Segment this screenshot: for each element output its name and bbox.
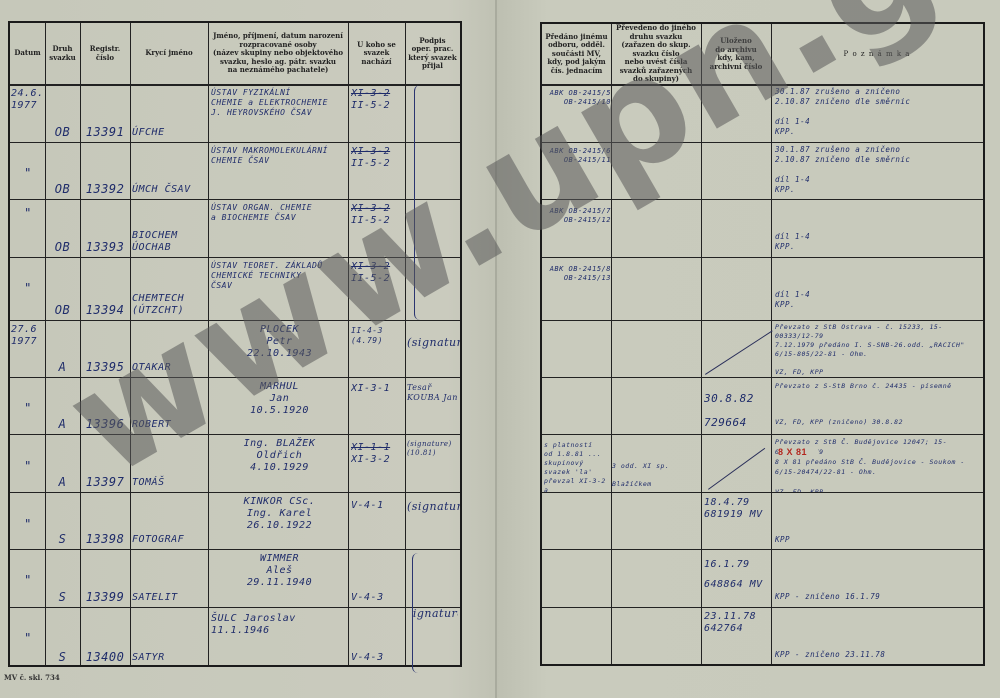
row-druh: A (45, 435, 80, 492)
u-koho-struck: XI-3-2 (351, 203, 390, 214)
row-podpis: Tesař KOUBA Jan (407, 380, 460, 434)
row-osoba: ÚSTAV MAKROMOLEKULÁRNÍ CHEMIE ČSAV (211, 143, 348, 199)
row-kryci-jmeno: ÚMCH ČSAV (132, 143, 208, 199)
row-datum: " (11, 281, 45, 301)
row-u-koho: XI-3-2II-5-2 (351, 143, 405, 199)
row-u-koho: V-4-3 (351, 550, 405, 607)
row-kryci-jmeno: TOMÁŠ (132, 435, 208, 492)
received-stamp: 8 X 81 (778, 447, 818, 459)
row-poznamka: Převzato z StB Č. Budějovice 12047; 15-0… (772, 435, 984, 492)
row-u-koho: II-4-3 (4.79) (351, 323, 405, 377)
row-registr-cislo: 13393 (80, 200, 130, 257)
row-druh: S (45, 608, 80, 667)
row-u-koho: XI-1-1XI-3-2 (351, 439, 405, 492)
row-osoba: ÚSTAV ORGAN. CHEMIE a BIOCHEMIE ČSAV (211, 200, 348, 257)
row-osoba: ÚSTAV TEORET. ZÁKLADŮ CHEMICKÉ TECHNIKY … (211, 258, 348, 320)
row-druh: S (45, 550, 80, 607)
row-poznamka: 30.1.87 zrušeno a zničeno 2.10.87 zničen… (772, 85, 984, 142)
row-druh: OB (45, 85, 80, 142)
header-osoba: Jméno, příjmení, datum narození rozpraco… (208, 23, 348, 84)
column-divider (405, 23, 406, 665)
row-poznamka: Převzato z StB Ostrava - č. 15233, 15-00… (772, 321, 984, 377)
row-u-koho: XI-3-2II-5-2 (351, 258, 405, 320)
row-kryci-jmeno: SATELIT (132, 550, 208, 607)
form-number: MV č. skl. 734 (4, 673, 60, 682)
u-koho-struck: XI-3-2 (351, 88, 390, 99)
row-datum: 24.6. 1977 (11, 85, 45, 142)
row-registr-cislo: 13397 (80, 435, 130, 492)
row-registr-cislo: 13398 (80, 493, 130, 549)
row-registr-cislo: 13392 (80, 143, 130, 199)
row-kryci-jmeno: ÚFCHE (132, 85, 208, 142)
row-predano: ABK OB-2415/8 OB-2415/13 (522, 262, 611, 317)
row-kryci-jmeno: CHEMTECH (ÚTZCHT) (132, 258, 208, 320)
row-poznamka: 30.1.87 zrušeno a zničeno 2.10.87 zničen… (772, 143, 984, 199)
row-kryci-jmeno: BIOCHEM ÚOCHAB (132, 200, 208, 257)
row-datum: 27.6 1977 (11, 321, 45, 377)
row-druh: OB (45, 143, 80, 199)
header-poznamka: P o z n á m k a (771, 24, 983, 84)
row-registr-cislo: 13395 (80, 321, 130, 377)
row-osoba: KINKOR CSc. Ing. Karel 26.10.1922 (211, 493, 348, 549)
row-datum: " (11, 459, 45, 479)
row-u-koho: XI-3-1 (351, 380, 405, 434)
row-u-koho: XI-3-2II-5-2 (351, 85, 405, 142)
header-podpis: Podpis oper. prac. který svazek přijal (405, 23, 460, 84)
column-divider (611, 24, 612, 664)
row-registr-cislo: 13396 (80, 378, 130, 434)
row-druh: OB (45, 258, 80, 320)
row-predano: s platností od 1.8.81 ... skupinový svaz… (544, 438, 611, 492)
row-poznamka: KPP (772, 493, 984, 549)
header-datum: Datum (10, 23, 45, 84)
row-datum: " (11, 203, 45, 233)
row-u-koho: V-4-1 (351, 497, 405, 549)
row-prevedeno: 3 odd. XI sp. Blažíčkem (612, 454, 701, 492)
row-ulozeno: 18.4.79 681919 MV (704, 494, 770, 548)
u-koho-struck: XI-3-2 (351, 261, 390, 272)
header-ulozeno: Uloženo do archivu kdy, kam, archivní čí… (701, 24, 771, 84)
right-page: Předáno jinému odboru, odděl. součásti M… (497, 0, 1000, 698)
row-datum: " (11, 143, 45, 183)
row-podpis: (signature) (407, 333, 460, 377)
row-predano: ABK OB-2415/7 OB-2415/12 (522, 204, 611, 257)
u-koho-current: II-5-2 (351, 100, 390, 111)
row-ulozeno: 23.11.78 642764 (704, 608, 770, 664)
column-divider (208, 23, 209, 665)
row-predano: ABK OB-2415/6 OB-2415/11 (522, 144, 611, 199)
row-kryci-jmeno: SATYR (132, 608, 208, 667)
row-ulozeno: 30.8.82 729664 (704, 384, 770, 432)
row-druh: OB (45, 200, 80, 257)
row-datum: " (11, 517, 45, 537)
u-koho-current: II-5-2 (351, 215, 390, 226)
row-u-koho: V-4-3 (351, 608, 405, 667)
u-koho-current: II-5-2 (351, 158, 390, 169)
row-poznamka: díl 1-4 KPP. (772, 200, 984, 257)
header-predano: Předáno jinému odboru, odděl. součásti M… (542, 24, 611, 84)
row-registr-cislo: 13394 (80, 258, 130, 320)
row-poznamka: KPP - zničeno 16.1.79 (772, 550, 984, 607)
header-u-koho: U koho se svazek nachází (348, 23, 405, 84)
u-koho-struck: XI-1-1 (351, 442, 390, 453)
header-druh-svazku: Druh svazku (45, 23, 80, 84)
row-u-koho: XI-3-2II-5-2 (351, 200, 405, 257)
row-kryci-jmeno: FOTOGRAF (132, 493, 208, 549)
row-registr-cislo: 13400 (80, 608, 130, 667)
ulozeno-strike-line (705, 330, 773, 374)
header-prevedeno: Převedeno do jiného druhu svazku (zařaze… (611, 24, 701, 84)
row-osoba: PLOCEK Petr 22.10.1943 (211, 321, 348, 377)
row-registr-cislo: 13391 (80, 85, 130, 142)
header-registr-cislo: Registr. číslo (80, 23, 130, 84)
row-podpis: (signature) (407, 497, 460, 549)
column-divider (130, 23, 131, 665)
signature-bracket-rows-9-10: (signature) (412, 553, 458, 673)
row-kryci-jmeno: ROBERT (132, 378, 208, 434)
u-koho-struck: XI-3-2 (351, 146, 390, 157)
column-divider (701, 24, 702, 664)
row-osoba: ŠULC Jaroslav 11.1.1946 (211, 610, 348, 667)
row-druh: A (45, 378, 80, 434)
right-register-table: Předáno jinému odboru, odděl. součásti M… (540, 22, 985, 666)
u-koho-current: II-5-2 (351, 273, 390, 284)
header-kryci-jmeno: Krycí jméno (130, 23, 208, 84)
column-divider (348, 23, 349, 665)
row-podpis: (signature) (10.81) (407, 437, 460, 492)
row-osoba: Ing. BLAŽEK Oldřich 4.10.1929 (211, 435, 348, 492)
row-osoba: ÚSTAV FYZIKÁLNÍ CHEMIE a ELEKTROCHEMIE J… (211, 85, 348, 142)
row-kryci-jmeno: OTAKAR (132, 321, 208, 377)
row-poznamka: KPP - zničeno 23.11.78 (772, 608, 984, 666)
row-druh: S (45, 493, 80, 549)
row-registr-cislo: 13399 (80, 550, 130, 607)
row-poznamka: díl 1-4 KPP. (772, 258, 984, 320)
ulozeno-strike-line (708, 448, 765, 490)
row-datum: " (11, 401, 45, 421)
signature-bracket-rows-1-4 (414, 85, 464, 320)
row-osoba: WIMMER Aleš 29.11.1940 (211, 550, 348, 607)
row-poznamka: Převzato z S-StB Brno č. 24435 - písemně… (772, 378, 984, 434)
row-datum: " (11, 631, 45, 651)
row-predano: ABK OB-2415/5 OB-2415/10 (522, 86, 611, 141)
row-osoba: MARHUL Jan 10.5.1920 (211, 378, 348, 434)
left-page: Datum Druh svazku Registr. číslo Krycí j… (0, 0, 497, 698)
row-datum: " (11, 573, 45, 593)
u-koho-current: XI-3-2 (351, 454, 390, 465)
row-ulozeno: 16.1.79 648864 MV (704, 552, 770, 606)
row-druh: A (45, 321, 80, 377)
left-register-table: Datum Druh svazku Registr. číslo Krycí j… (8, 21, 462, 667)
